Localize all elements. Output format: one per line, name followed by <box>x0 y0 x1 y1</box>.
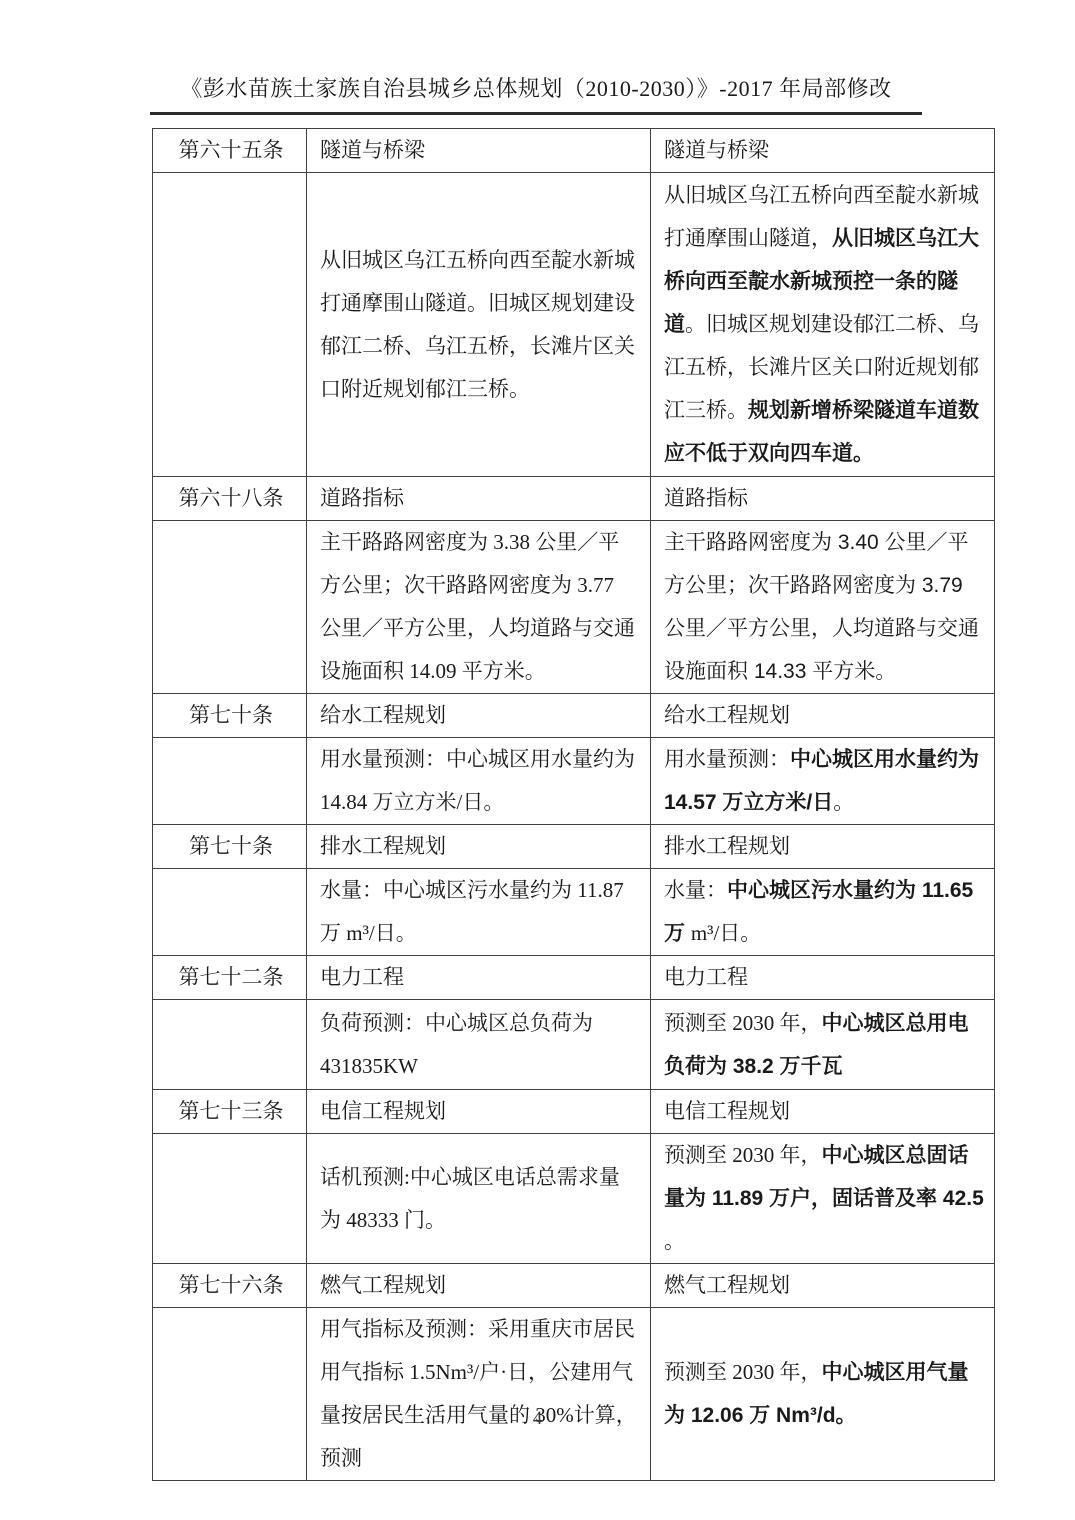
article-number-cell <box>153 173 307 477</box>
text-segment: 隧道与桥梁 <box>664 138 769 162</box>
original-text-cell: 隧道与桥梁 <box>307 129 651 173</box>
text-segment: 燃气工程规划 <box>320 1273 446 1297</box>
modified-text-cell: 用水量预测：中心城区用水量约为 14.57 万立方米/日。 <box>651 738 995 825</box>
text-segment: 。 <box>664 1229 685 1253</box>
text-segment: m³/日。 <box>691 921 761 945</box>
original-text-cell: 给水工程规划 <box>307 694 651 738</box>
article-header-row: 第七十条给水工程规划给水工程规划 <box>153 694 995 738</box>
document-page: 《彭水苗族土家族自治县城乡总体规划（2010-2030）》-2017 年局部修改… <box>0 0 1075 1520</box>
original-text-cell: 用气指标及预测：采用重庆市居民用气指标 1.5Nm³/户·日，公建用气量按居民生… <box>307 1308 651 1481</box>
article-content-row: 用水量预测：中心城区用水量约为 14.84 万立方米/日。用水量预测：中心城区用… <box>153 738 995 825</box>
article-header-row: 第六十五条隧道与桥梁隧道与桥梁 <box>153 129 995 173</box>
text-segment: 话机预测:中心城区电话总需求量为 48333 门。 <box>320 1165 620 1232</box>
modified-text-cell: 从旧城区乌江五桥向西至靛水新城打通摩围山隧道，从旧城区乌江大桥向西至靛水新城预控… <box>651 173 995 477</box>
article-header-row: 第六十八条道路指标道路指标 <box>153 477 995 521</box>
original-text-cell: 燃气工程规划 <box>307 1264 651 1308</box>
text-segment: 用水量预测：中心城区用水量约为 14.84 万立方米/日。 <box>320 747 635 814</box>
modified-text-cell: 电力工程 <box>651 956 995 1000</box>
original-text-cell: 排水工程规划 <box>307 825 651 869</box>
original-text-cell: 道路指标 <box>307 477 651 521</box>
article-content-row: 主干路路网密度为 3.38 公里／平方公里；次干路路网密度为 3.77 公里／平… <box>153 521 995 694</box>
original-text-cell: 负荷预测：中心城区总负荷为 431835KW <box>307 1000 651 1090</box>
text-segment: 电力工程 <box>320 965 404 989</box>
article-header-row: 第七十二条电力工程电力工程 <box>153 956 995 1000</box>
original-text-cell: 水量：中心城区污水量约为 11.87 万 m³/日。 <box>307 869 651 956</box>
page-number: 4 <box>0 1408 1075 1430</box>
article-content-row: 水量：中心城区污水量约为 11.87 万 m³/日。水量：中心城区污水量约为 1… <box>153 869 995 956</box>
article-content-row: 话机预测:中心城区电话总需求量为 48333 门。预测至 2030 年，中心城区… <box>153 1134 995 1264</box>
original-text-cell: 电信工程规划 <box>307 1090 651 1134</box>
modified-text-cell: 排水工程规划 <box>651 825 995 869</box>
article-number-cell <box>153 1308 307 1481</box>
text-segment: 预测至 2030 年， <box>664 1143 822 1167</box>
text-segment: 道路指标 <box>320 486 404 510</box>
text-segment: 给水工程规划 <box>320 703 446 727</box>
text-segment: 电信工程规划 <box>320 1099 446 1123</box>
text-segment: 负荷预测：中心城区总负荷为 431835KW <box>320 1011 593 1078</box>
document-title: 《彭水苗族土家族自治县城乡总体规划（2010-2030）》-2017 年局部修改 <box>150 72 922 115</box>
text-segment: 水量： <box>664 878 727 902</box>
article-number-cell <box>153 521 307 694</box>
article-number-cell <box>153 869 307 956</box>
modified-text-cell: 主干路路网密度为 3.40 公里／平方公里；次干路路网密度为 3.79 公里／平… <box>651 521 995 694</box>
revision-table-body: 第六十五条隧道与桥梁隧道与桥梁从旧城区乌江五桥向西至靛水新城打通摩围山隧道。旧城… <box>153 129 995 1481</box>
original-text-cell: 主干路路网密度为 3.38 公里／平方公里；次干路路网密度为 3.77 公里／平… <box>307 521 651 694</box>
text-segment: 用水量预测： <box>664 747 790 771</box>
text-segment: 电力工程 <box>664 965 748 989</box>
article-header-row: 第七十条排水工程规划排水工程规划 <box>153 825 995 869</box>
article-number-cell <box>153 1000 307 1090</box>
modified-text-cell: 给水工程规划 <box>651 694 995 738</box>
article-header-row: 第七十六条燃气工程规划燃气工程规划 <box>153 1264 995 1308</box>
article-number-cell: 第七十二条 <box>153 956 307 1000</box>
text-segment: 燃气工程规划 <box>664 1273 790 1297</box>
original-text-cell: 从旧城区乌江五桥向西至靛水新城打通摩围山隧道。旧城区规划建设郁江二桥、乌江五桥，… <box>307 173 651 477</box>
article-number-cell: 第六十五条 <box>153 129 307 173</box>
text-segment: 给水工程规划 <box>664 703 790 727</box>
article-number-cell <box>153 738 307 825</box>
modified-text-cell: 道路指标 <box>651 477 995 521</box>
article-header-row: 第七十三条电信工程规划电信工程规划 <box>153 1090 995 1134</box>
article-content-row: 负荷预测：中心城区总负荷为 431835KW预测至 2030 年，中心城区总用电… <box>153 1000 995 1090</box>
text-segment: 排水工程规划 <box>320 834 446 858</box>
modified-text-cell: 水量：中心城区污水量约为 11.65 万 m³/日。 <box>651 869 995 956</box>
text-segment: 水量：中心城区污水量约为 11.87 万 m³/日。 <box>320 878 624 945</box>
modified-text-cell: 燃气工程规划 <box>651 1264 995 1308</box>
article-number-cell: 第六十八条 <box>153 477 307 521</box>
modified-text-cell: 预测至 2030 年，中心城区总用电负荷为 38.2 万千瓦 <box>651 1000 995 1090</box>
article-content-row: 从旧城区乌江五桥向西至靛水新城打通摩围山隧道。旧城区规划建设郁江二桥、乌江五桥，… <box>153 173 995 477</box>
article-number-cell: 第七十六条 <box>153 1264 307 1308</box>
text-segment: 预测至 2030 年， <box>664 1360 822 1384</box>
original-text-cell: 话机预测:中心城区电话总需求量为 48333 门。 <box>307 1134 651 1264</box>
text-segment: 排水工程规划 <box>664 834 790 858</box>
revision-table: 第六十五条隧道与桥梁隧道与桥梁从旧城区乌江五桥向西至靛水新城打通摩围山隧道。旧城… <box>152 128 995 1481</box>
article-content-row: 用气指标及预测：采用重庆市居民用气指标 1.5Nm³/户·日，公建用气量按居民生… <box>153 1308 995 1481</box>
modified-text-cell: 隧道与桥梁 <box>651 129 995 173</box>
modified-text-cell: 预测至 2030 年，中心城区用气量为 12.06 万 Nm³/d。 <box>651 1308 995 1481</box>
original-text-cell: 用水量预测：中心城区用水量约为 14.84 万立方米/日。 <box>307 738 651 825</box>
article-number-cell <box>153 1134 307 1264</box>
article-number-cell: 第七十三条 <box>153 1090 307 1134</box>
text-segment: 主干路路网密度为 3.40 公里／平方公里；次干路路网密度为 3.79 公里／平… <box>664 531 979 683</box>
text-segment: 道路指标 <box>664 486 748 510</box>
text-segment: 电信工程规划 <box>664 1099 790 1123</box>
text-segment: 隧道与桥梁 <box>320 138 425 162</box>
article-number-cell: 第七十条 <box>153 694 307 738</box>
text-segment: 从旧城区乌江五桥向西至靛水新城打通摩围山隧道。旧城区规划建设郁江二桥、乌江五桥，… <box>320 248 635 401</box>
article-number-cell: 第七十条 <box>153 825 307 869</box>
modified-text-cell: 电信工程规划 <box>651 1090 995 1134</box>
modified-text-cell: 预测至 2030 年，中心城区总固话量为 11.89 万户，固话普及率 42.5… <box>651 1134 995 1264</box>
text-segment: 。 <box>833 790 854 814</box>
original-text-cell: 电力工程 <box>307 956 651 1000</box>
text-segment: 预测至 2030 年， <box>664 1011 822 1035</box>
text-segment: 主干路路网密度为 3.38 公里／平方公里；次干路路网密度为 3.77 公里／平… <box>320 530 635 683</box>
text-segment: 用气指标及预测：采用重庆市居民用气指标 1.5Nm³/户·日，公建用气量按居民生… <box>320 1317 637 1470</box>
